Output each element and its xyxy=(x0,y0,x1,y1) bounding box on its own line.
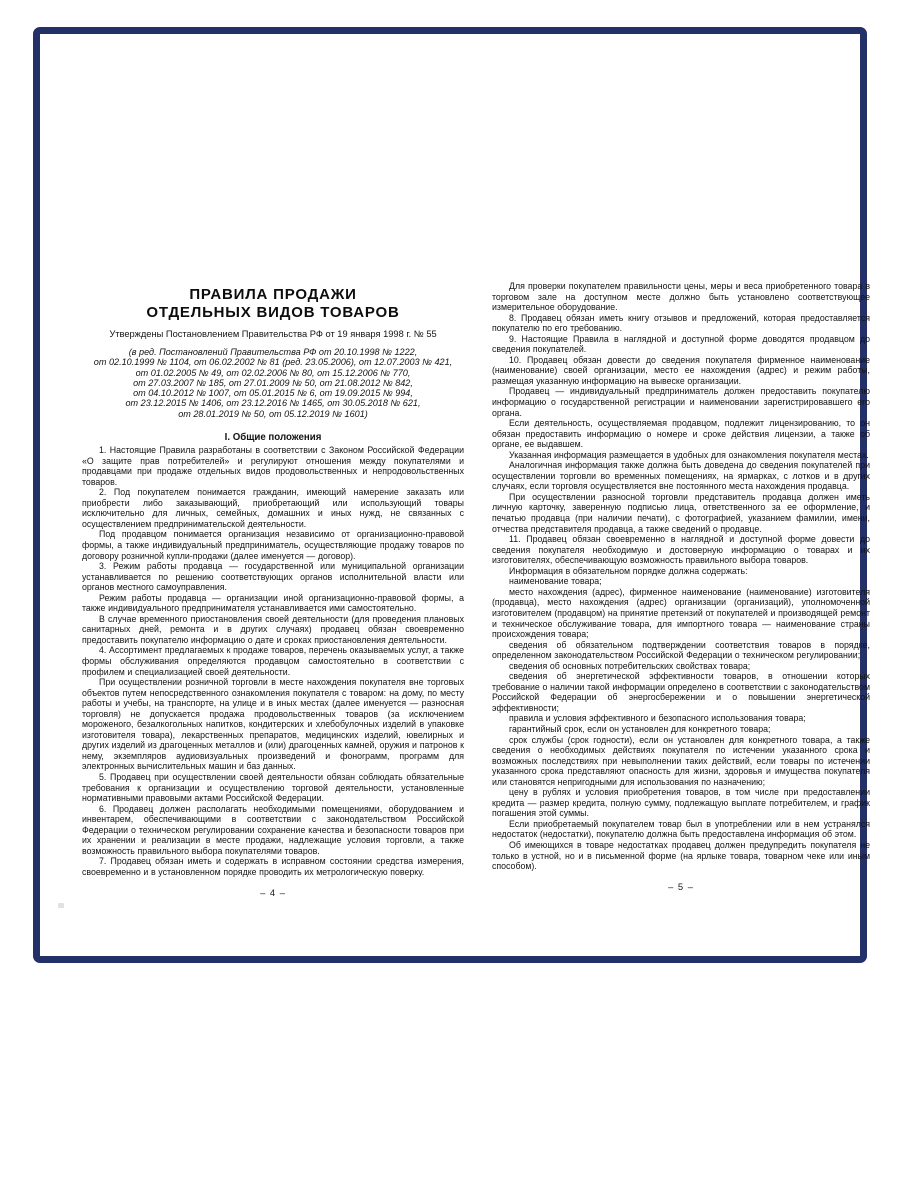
left-page-body: 1. Настоящие Правила разработаны в соотв… xyxy=(82,445,464,877)
paragraph: Об имеющихся в товаре недостатках продав… xyxy=(492,840,870,872)
page-number-right: – 5 – xyxy=(492,881,870,892)
paragraph: Если приобретаемый покупателем товар был… xyxy=(492,819,870,840)
paragraph: 2. Под покупателем понимается гражданин,… xyxy=(82,487,464,529)
paragraph: При осуществлении разносной торговли пре… xyxy=(492,492,870,534)
paragraph: 5. Продавец при осуществлении своей деят… xyxy=(82,772,464,804)
left-page: ПРАВИЛА ПРОДАЖИ ОТДЕЛЬНЫХ ВИДОВ ТОВАРОВ … xyxy=(82,286,464,898)
document-title: ПРАВИЛА ПРОДАЖИ ОТДЕЛЬНЫХ ВИДОВ ТОВАРОВ xyxy=(82,286,464,321)
section-heading: I. Общие положения xyxy=(82,432,464,443)
document-title-line1: ПРАВИЛА ПРОДАЖИ xyxy=(82,286,464,304)
book-spread-scan: ПРАВИЛА ПРОДАЖИ ОТДЕЛЬНЫХ ВИДОВ ТОВАРОВ … xyxy=(0,0,900,1200)
paragraph: 6. Продавец должен располагать необходим… xyxy=(82,804,464,857)
paragraph: гарантийный срок, если он установлен для… xyxy=(492,724,870,735)
right-page-body: Для проверки покупателем правильности це… xyxy=(492,281,870,872)
paragraph: наименование товара; xyxy=(492,576,870,587)
paragraph: Указанная информация размещается в удобн… xyxy=(492,450,870,461)
paragraph: 7. Продавец обязан иметь и содержать в и… xyxy=(82,856,464,877)
paragraph: цену в рублях и условия приобретения тов… xyxy=(492,787,870,819)
paragraph: 1. Настоящие Правила разработаны в соотв… xyxy=(82,445,464,487)
paragraph: 9. Настоящие Правила в наглядной и досту… xyxy=(492,334,870,355)
paragraph: срок службы (срок годности), если он уст… xyxy=(492,735,870,788)
revisions-note: (в ред. Постановлений Правительства РФ о… xyxy=(82,347,464,419)
paragraph: Режим работы продавца — организации иной… xyxy=(82,593,464,614)
paragraph: Аналогичная информация также должна быть… xyxy=(492,460,870,492)
scan-smudge xyxy=(58,903,64,908)
paragraph: Продавец — индивидуальный предпринимател… xyxy=(492,386,870,418)
paragraph: 11. Продавец обязан своевременно в нагля… xyxy=(492,534,870,566)
paragraph: 10. Продавец обязан довести до сведения … xyxy=(492,355,870,387)
paragraph: Информация в обязательном порядке должна… xyxy=(492,566,870,577)
paragraph: место нахождения (адрес), фирменное наим… xyxy=(492,587,870,640)
right-page: Для проверки покупателем правильности це… xyxy=(492,281,870,892)
page-number-left: – 4 – xyxy=(82,887,464,898)
paragraph: Для проверки покупателем правильности це… xyxy=(492,281,870,313)
paragraph: 4. Ассортимент предлагаемых к продаже то… xyxy=(82,645,464,677)
paragraph: 8. Продавец обязан иметь книгу отзывов и… xyxy=(492,313,870,334)
document-title-line2: ОТДЕЛЬНЫХ ВИДОВ ТОВАРОВ xyxy=(82,304,464,322)
paragraph: сведения об обязательном подтверждении с… xyxy=(492,640,870,661)
paragraph: сведения об основных потребительских сво… xyxy=(492,661,870,672)
approval-line: Утверждены Постановлением Правительства … xyxy=(82,329,464,340)
paragraph: В случае временного приостановления свое… xyxy=(82,614,464,646)
paragraph: Если деятельность, осуществляемая продав… xyxy=(492,418,870,450)
paragraph: Под продавцом понимается организация нез… xyxy=(82,529,464,561)
paragraph: правила и условия эффективного и безопас… xyxy=(492,713,870,724)
paragraph: сведения об энергетической эффективности… xyxy=(492,671,870,713)
paragraph: 3. Режим работы продавца — государственн… xyxy=(82,561,464,593)
paragraph: При осуществлении розничной торговли в м… xyxy=(82,677,464,772)
